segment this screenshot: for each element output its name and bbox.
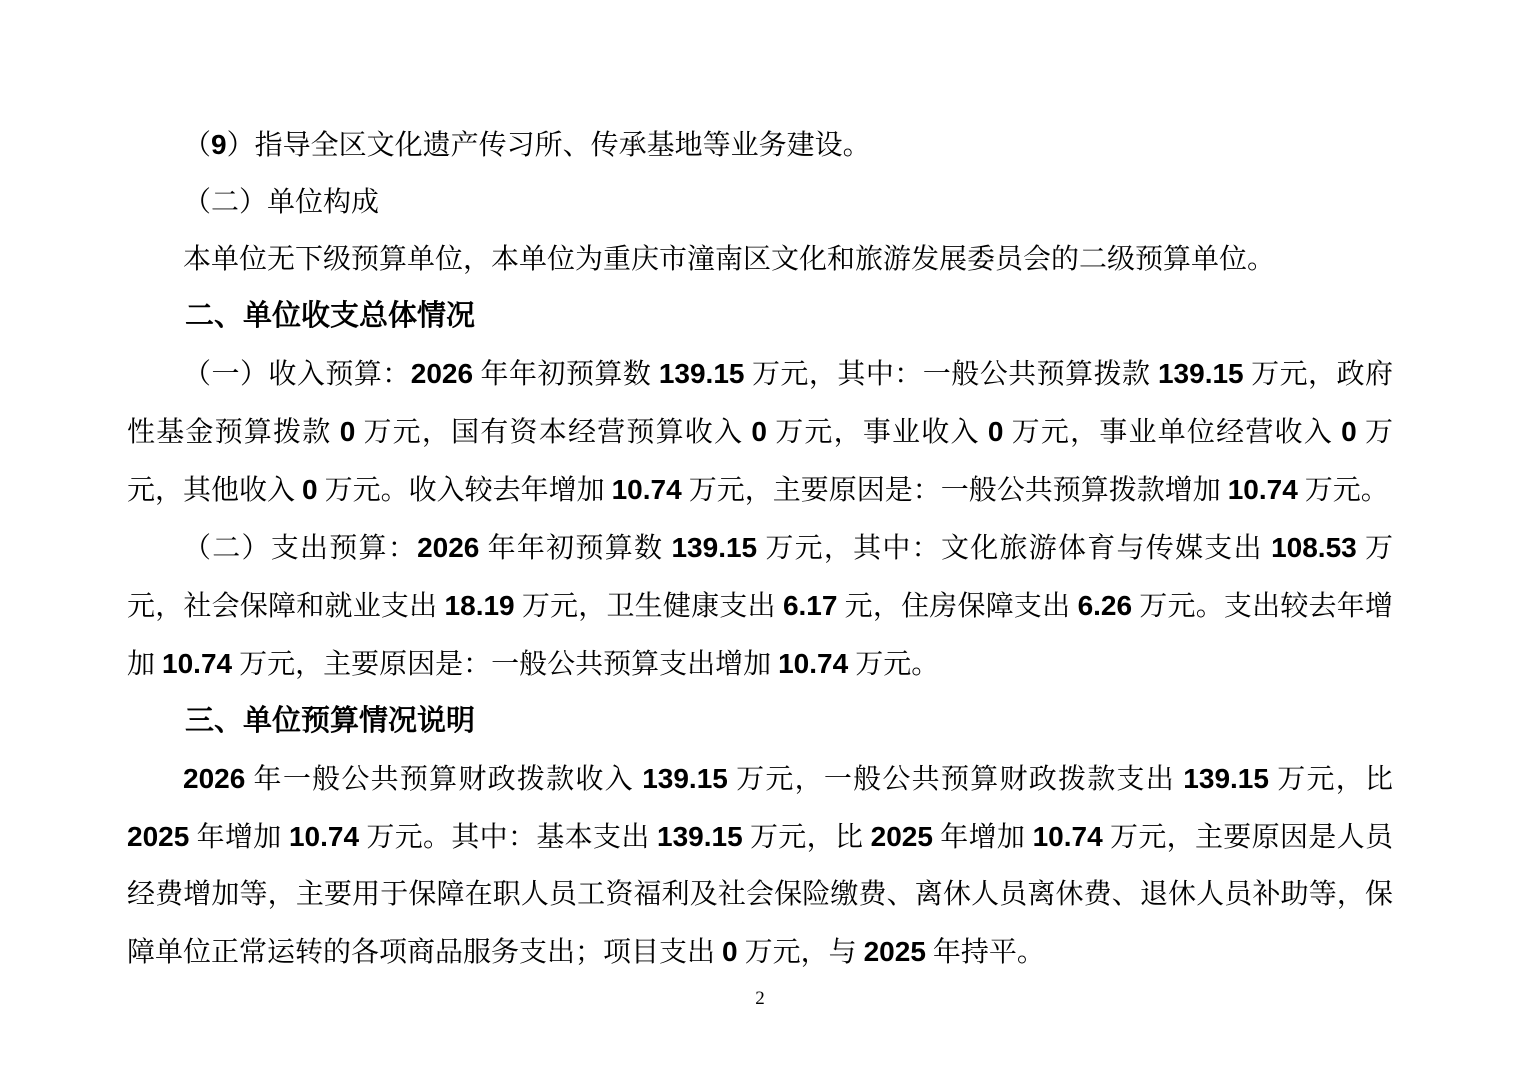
section-heading-income-expense-overview: 二、单位收支总体情况	[127, 288, 1393, 345]
paragraph-income-budget: （一）收入预算：2026 年年初预算数 139.15 万元，其中：一般公共预算拨…	[127, 345, 1393, 519]
document-page: （9）指导全区文化遗产传习所、传承基地等业务建设。 （二）单位构成 本单位无下级…	[0, 0, 1520, 1074]
paragraph-expense-budget: （二）支出预算：2026 年年初预算数 139.15 万元，其中：文化旅游体育与…	[127, 519, 1393, 693]
document-body: （9）指导全区文化遗产传习所、传承基地等业务建设。 （二）单位构成 本单位无下级…	[0, 0, 1520, 981]
paragraph-duty-item-9: （9）指导全区文化遗产传习所、传承基地等业务建设。	[127, 116, 1393, 174]
page-number: 2	[0, 985, 1520, 1013]
paragraph-unit-composition: （二）单位构成	[127, 174, 1393, 231]
section-heading-budget-explanation: 三、单位预算情况说明	[127, 693, 1393, 750]
paragraph-unit-description: 本单位无下级预算单位，本单位为重庆市潼南区文化和旅游发展委员会的二级预算单位。	[127, 231, 1393, 288]
paragraph-budget-details: 2026 年一般公共预算财政拨款收入 139.15 万元，一般公共预算财政拨款支…	[127, 750, 1393, 981]
